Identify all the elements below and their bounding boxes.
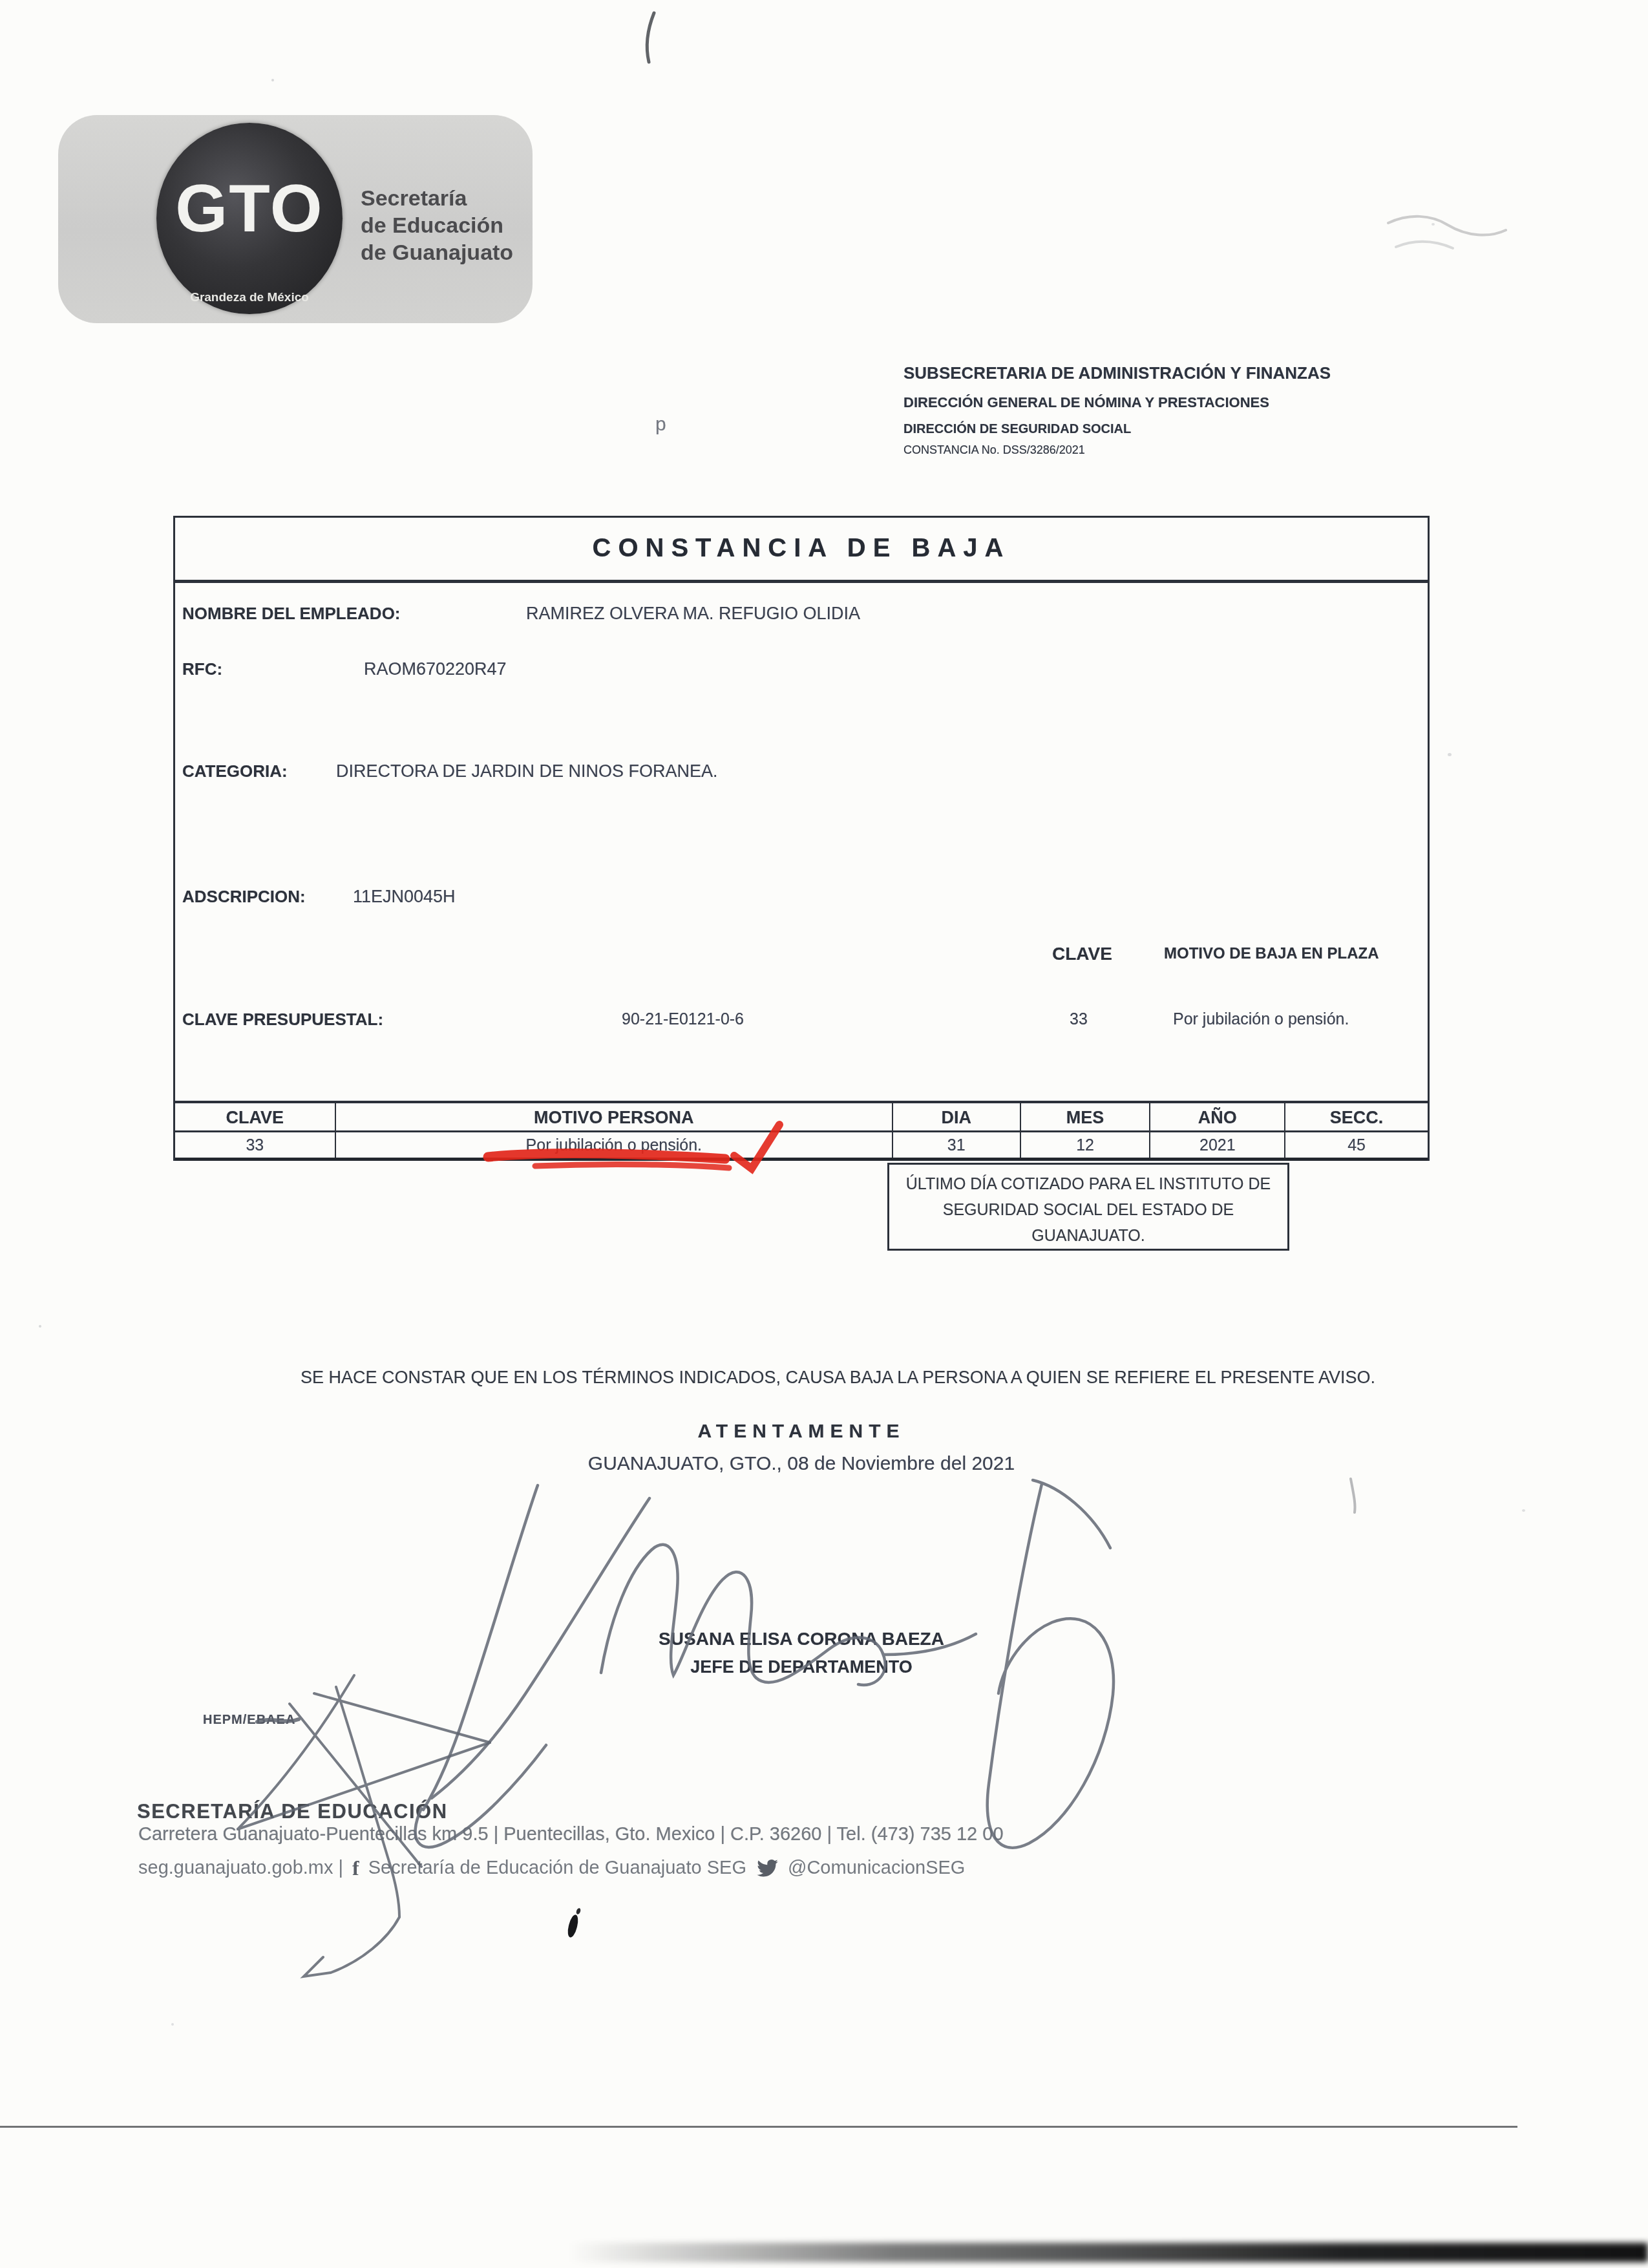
footer-contact-line: seg.guanajuato.gob.mx | f Secretaría de … <box>138 1856 965 1880</box>
col-header-dia: DIA <box>892 1103 1020 1130</box>
speck <box>39 1325 41 1328</box>
logo-org-name: Secretaría de Educación de Guanajuato <box>361 185 513 266</box>
document-title: CONSTANCIA DE BAJA <box>173 534 1430 563</box>
letterhead-line3: DIRECCIÓN DE SEGURIDAD SOCIAL <box>903 422 1131 437</box>
note-line2: SEGURIDAD SOCIAL DEL ESTADO DE <box>889 1197 1287 1223</box>
plaza-clave-header: CLAVE <box>1052 944 1112 964</box>
speck <box>1431 223 1435 226</box>
letterhead-line2: DIRECCIÓN GENERAL DE NÓMINA Y PRESTACION… <box>903 394 1269 411</box>
cell-anio: 2021 <box>1149 1132 1284 1158</box>
plaza-motivo-value: Por jubilación o pensión. <box>1173 1010 1349 1029</box>
cell-secc: 45 <box>1284 1132 1428 1158</box>
plaza-clave-value: 33 <box>1070 1010 1088 1029</box>
adscripcion-value: 11EJN0045H <box>353 887 456 907</box>
speck <box>1448 753 1452 756</box>
letterhead-constancia-number: CONSTANCIA No. DSS/3286/2021 <box>903 443 1085 457</box>
col-header-anio: AÑO <box>1149 1103 1284 1130</box>
ink-blot-artifact-small <box>575 1907 581 1914</box>
ink-blot-artifact <box>566 1914 580 1938</box>
clave-presupuestal-label: CLAVE PRESUPUESTAL: <box>182 1010 383 1030</box>
categoria-label: CATEGORIA: <box>182 761 288 781</box>
place-and-date: GUANAJUATO, GTO., 08 de Noviembre del 20… <box>575 1453 1028 1475</box>
ultimo-dia-note-box: ÚLTIMO DÍA COTIZADO PARA EL INSTITUTO DE… <box>887 1163 1289 1251</box>
footer-twitter-handle: @ComunicacionSEG <box>788 1858 965 1879</box>
col-header-motivo-persona: MOTIVO PERSONA <box>335 1103 892 1130</box>
stray-glyph-artifact: p <box>655 414 666 436</box>
cell-motivo: Por jubilación o pensión. <box>335 1132 892 1158</box>
baja-table-data-row: 33 Por jubilación o pensión. 31 12 2021 … <box>175 1132 1428 1161</box>
cell-clave: 33 <box>175 1132 335 1158</box>
note-line1: ÚLTIMO DÍA COTIZADO PARA EL INSTITUTO DE <box>889 1171 1287 1197</box>
categoria-value: DIRECTORA DE JARDIN DE NINOS FORANEA. <box>336 761 718 781</box>
nombre-value: RAMIREZ OLVERA MA. REFUGIO OLIDIA <box>526 604 860 624</box>
rfc-value: RAOM670220R47 <box>364 659 507 679</box>
scan-line-artifact <box>0 2126 1517 2128</box>
speck <box>171 2023 174 2026</box>
atentamente-heading: ATENTAMENTE <box>659 1421 944 1443</box>
plaza-motivo-header: MOTIVO DE BAJA EN PLAZA <box>1164 945 1379 963</box>
footer-facebook-page: Secretaría de Educación de Guanajuato SE… <box>368 1858 746 1879</box>
letterhead-line1: SUBSECRETARIA DE ADMINISTRACIÓN Y FINANZ… <box>903 363 1331 383</box>
logo-org-line2: de Educación <box>361 212 513 239</box>
twitter-bird-icon <box>755 1859 779 1878</box>
signatory-title: JEFE DE DEPARTAMENTO <box>613 1657 990 1677</box>
signatory-name: SUSANA ELISA CORONA BAEZA <box>613 1629 990 1649</box>
scanner-edge-streak <box>569 2243 1648 2262</box>
nombre-label: NOMBRE DEL EMPLEADO: <box>182 604 401 624</box>
note-line3: GUANAJUATO. <box>889 1223 1287 1249</box>
speck <box>271 79 274 81</box>
certifying-statement: SE HACE CONSTAR QUE EN LOS TÉRMINOS INDI… <box>301 1368 1375 1388</box>
baja-table-header-row: CLAVE MOTIVO PERSONA DIA MES AÑO SECC. <box>175 1101 1428 1132</box>
adscripcion-label: ADSCRIPCION: <box>182 887 306 907</box>
gto-logo-text: GTO <box>156 171 343 248</box>
footer-website: seg.guanajuato.gob.mx | <box>138 1858 343 1879</box>
cell-mes: 12 <box>1020 1132 1150 1158</box>
seg-logo: GTO Grandeza de México Secretaría de Edu… <box>58 115 533 323</box>
scanned-document-page: GTO Grandeza de México Secretaría de Edu… <box>0 0 1648 2268</box>
col-header-clave: CLAVE <box>175 1103 335 1130</box>
cell-dia: 31 <box>892 1132 1020 1158</box>
facebook-icon: f <box>352 1856 359 1880</box>
gto-logo-tagline: Grandeza de México <box>156 291 343 305</box>
rfc-label: RFC: <box>182 659 222 679</box>
col-header-secc: SECC. <box>1284 1103 1428 1130</box>
logo-org-line1: Secretaría <box>361 185 513 212</box>
reference-initials: HEPM/EBAEA <box>203 1713 295 1728</box>
clave-presupuestal-value: 90-21-E0121-0-6 <box>622 1010 744 1029</box>
speck <box>1522 1509 1525 1512</box>
baja-table: CLAVE MOTIVO PERSONA DIA MES AÑO SECC. 3… <box>173 1101 1430 1161</box>
footer-address: Carretera Guanajuato-Puentecillas km 9.5… <box>138 1824 1004 1845</box>
footer-org-name: SECRETARÍA DE EDUCACIÓN <box>137 1800 448 1823</box>
col-header-mes: MES <box>1020 1103 1150 1130</box>
logo-org-line3: de Guanajuato <box>361 239 513 266</box>
